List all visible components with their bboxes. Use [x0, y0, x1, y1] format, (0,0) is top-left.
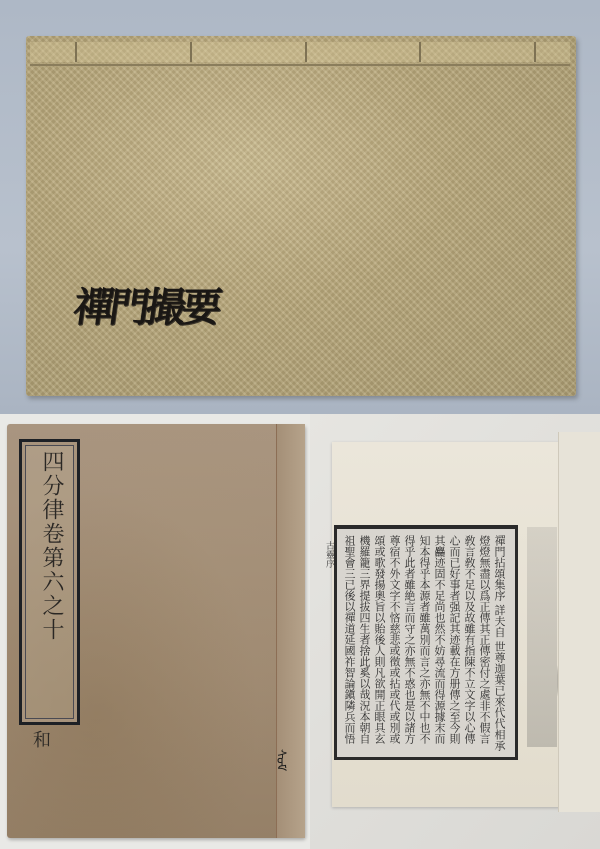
calligraphy-title: 禪門撮要	[70, 276, 222, 333]
thread-bound-spine	[30, 40, 570, 66]
photo-panel-top: 禪門撮要	[0, 0, 600, 414]
printed-page: 古靈序 禪門拈頌集序 詳夫自 世尊迦葉已來代代相承燈燈無盡以爲正傳其正傳密付之處…	[332, 442, 564, 807]
handwritten-note: ᠰᠣᠮ	[269, 749, 292, 771]
book-cover-brown: 四分律卷第六之十 和 ᠰᠣᠮ	[7, 424, 305, 838]
title-slip-text: 四分律卷第六之十	[36, 450, 67, 642]
spine-segment	[30, 42, 77, 62]
spine-segment	[77, 42, 192, 62]
spine-segment	[536, 42, 570, 62]
spine-segment	[421, 42, 536, 62]
book-cover-woven: 禪門撮要	[26, 36, 576, 396]
photo-panel-bottom-right: 古靈序 禪門拈頌集序 詳夫自 世尊迦葉已來代代相承燈燈無盡以爲正傳其正傳密付之處…	[310, 414, 600, 849]
woodblock-print-frame: 古靈序 禪門拈頌集序 詳夫自 世尊迦葉已來代代相承燈燈無盡以爲正傳其正傳密付之處…	[334, 525, 518, 760]
photo-panel-bottom-left: 四分律卷第六之十 和 ᠰᠣᠮ	[0, 414, 310, 849]
title-slip: 四分律卷第六之十	[19, 439, 80, 725]
volume-mark: 和	[33, 726, 51, 752]
margin-label: 古靈序	[323, 541, 336, 568]
spine-segment	[307, 42, 422, 62]
next-page-edge	[558, 432, 600, 812]
bleed-through-shadow	[527, 527, 557, 747]
spine-segment	[192, 42, 307, 62]
woodblock-text: 禪門拈頌集序 詳夫自 世尊迦葉已來代代相承燈燈無盡以爲正傳其正傳密付之處非不假言…	[345, 535, 507, 751]
book-spine-edge	[276, 424, 305, 838]
